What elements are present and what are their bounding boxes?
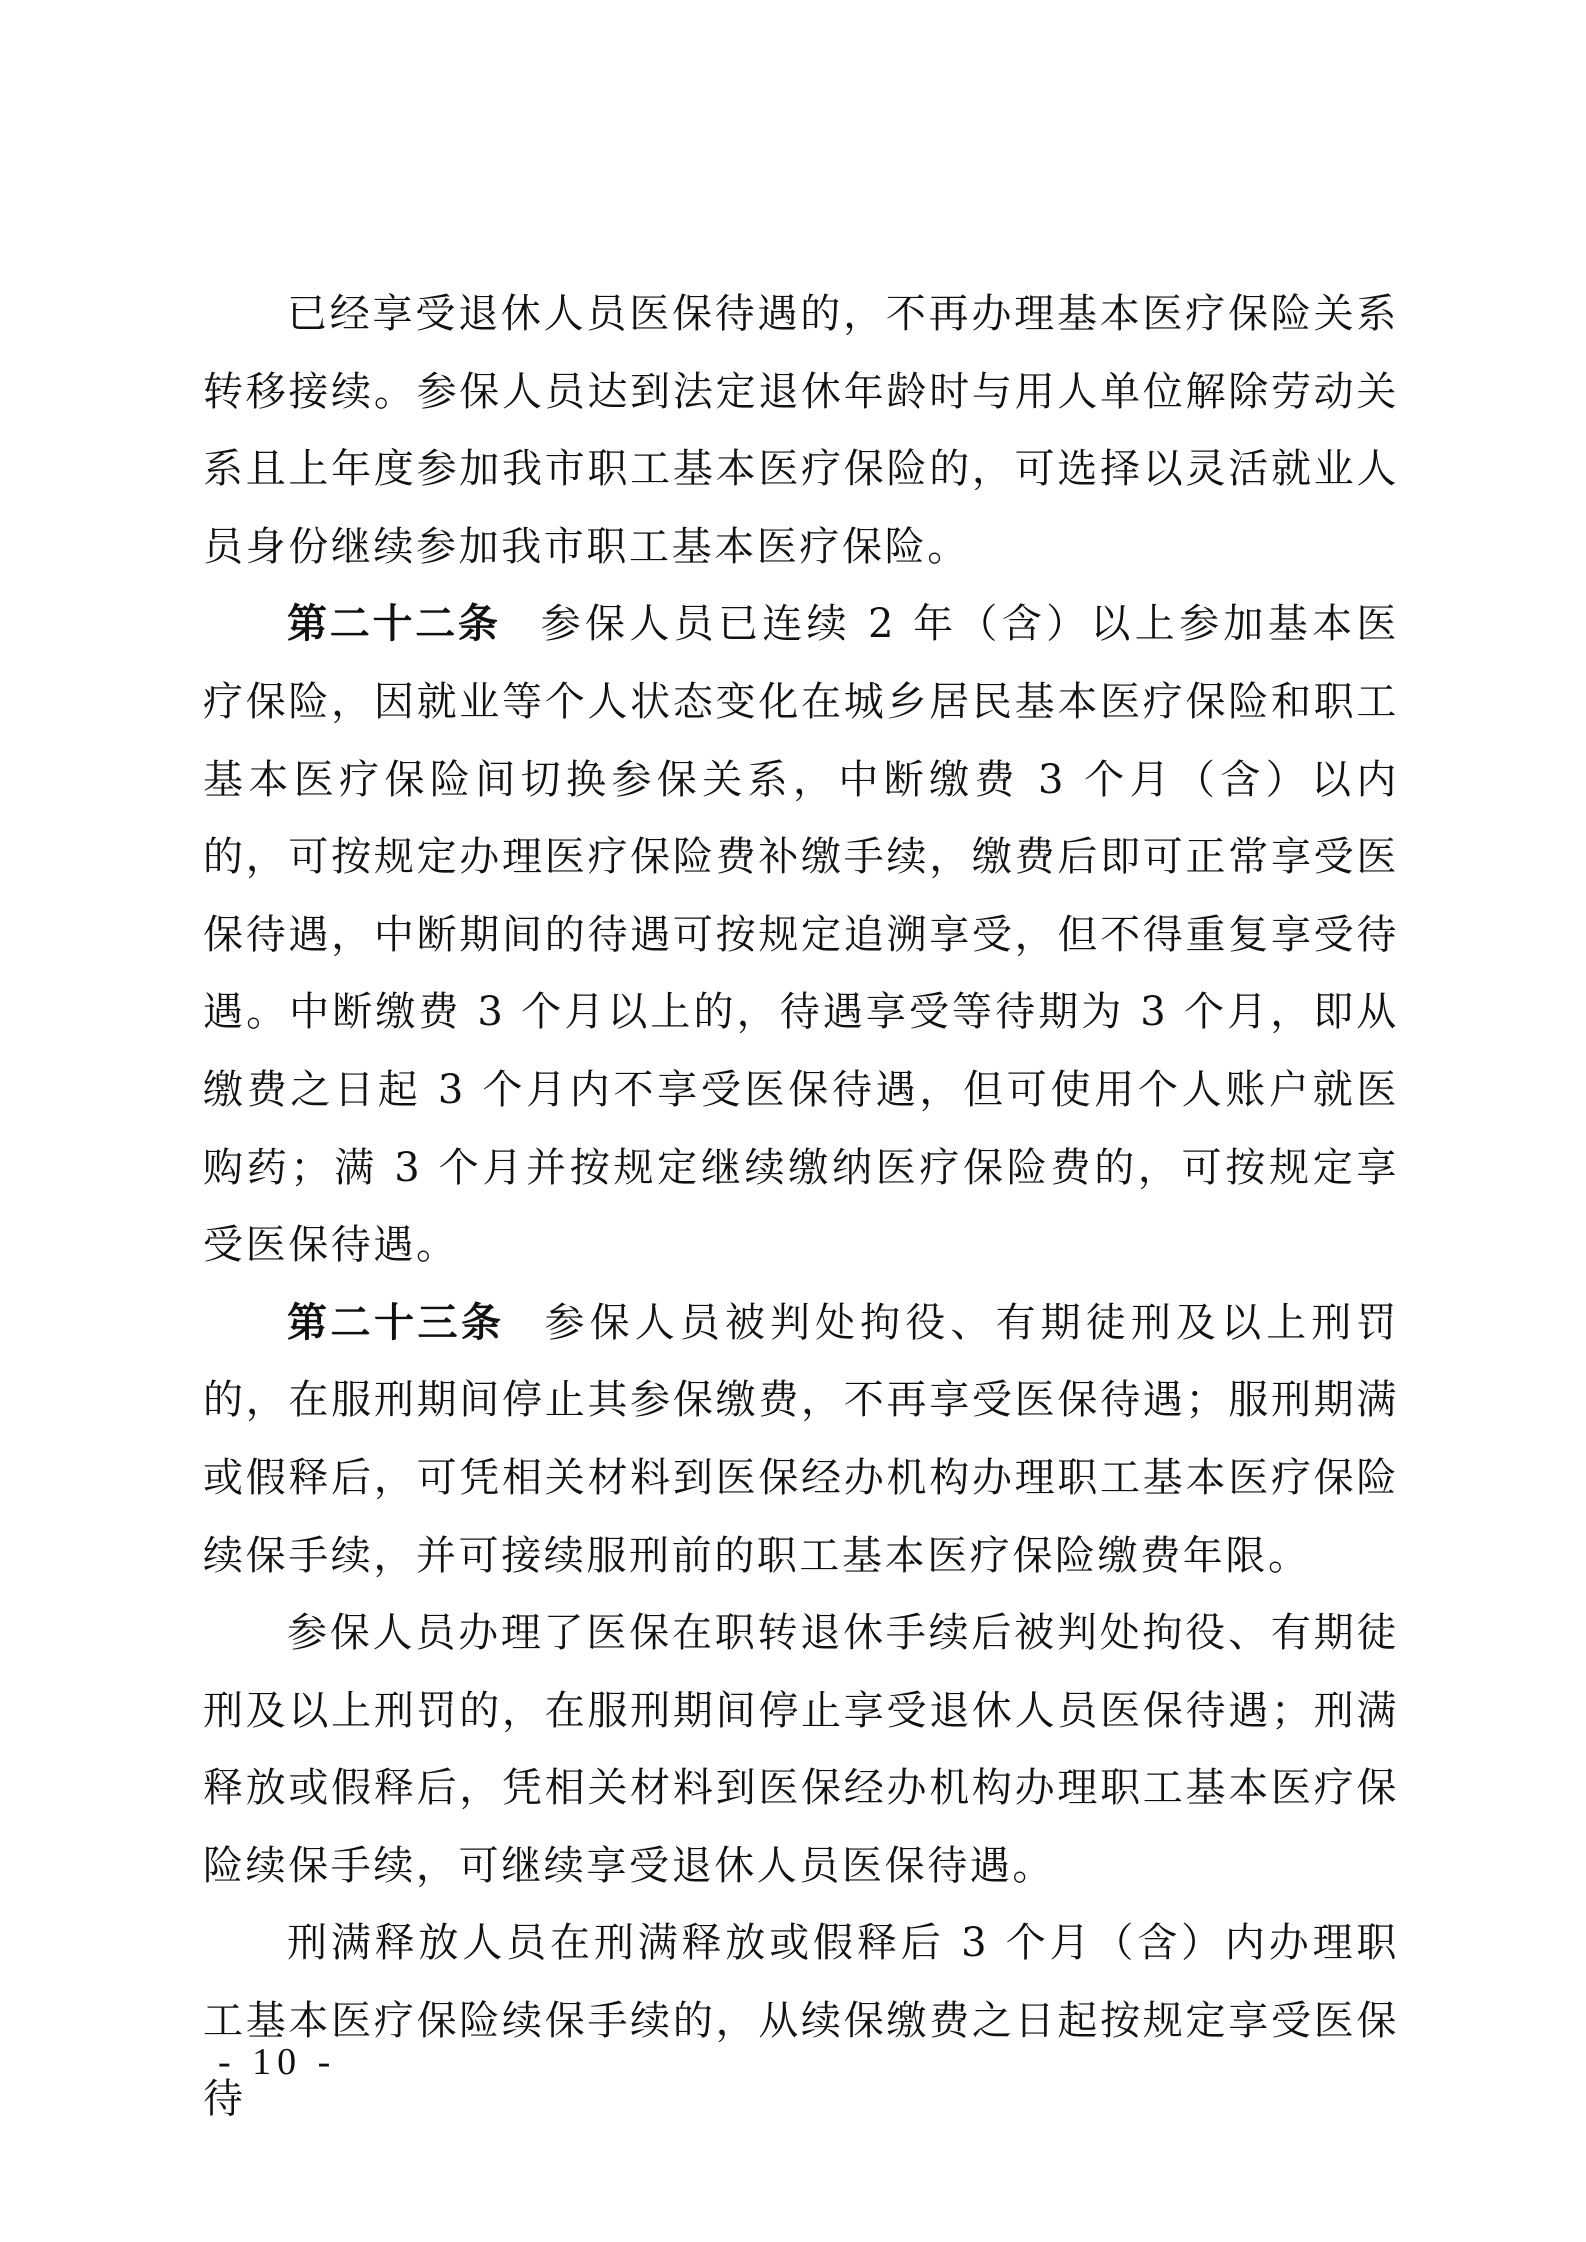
paragraph-text: 刑满释放人员在刑满释放或假释后 3 个月（含）内办理职工基本医疗保险续保手续的，… [203,1920,1399,2121]
article-22: 第二十二条参保人员已连续 2 年（含）以上参加基本医疗保险，因就业等个人状态变化… [203,586,1399,1284]
paragraph-retiree-sentenced: 参保人员办理了医保在职转退休手续后被判处拘役、有期徒刑及以上刑罚的，在服刑期间停… [203,1595,1399,1905]
document-page-body: 已经享受退休人员医保待遇的，不再办理基本医疗保险关系转移接续。参保人员达到法定退… [203,276,1399,2138]
paragraph-text: 参保人员已连续 2 年（含）以上参加基本医疗保险，因就业等个人状态变化在城乡居民… [203,601,1399,1268]
article-heading: 第二十二条 [287,601,501,647]
paragraph-retiree-transfer: 已经享受退休人员医保待遇的，不再办理基本医疗保险关系转移接续。参保人员达到法定退… [203,276,1399,586]
page-number: - 10 - [218,2040,336,2084]
article-heading: 第二十三条 [287,1300,505,1346]
paragraph-released-persons: 刑满释放人员在刑满释放或假释后 3 个月（含）内办理职工基本医疗保险续保手续的，… [203,1905,1399,2138]
paragraph-text: 已经享受退休人员医保待遇的，不再办理基本医疗保险关系转移接续。参保人员达到法定退… [203,291,1399,570]
paragraph-text: 参保人员办理了医保在职转退休手续后被判处拘役、有期徒刑及以上刑罚的，在服刑期间停… [203,1610,1399,1889]
article-23: 第二十三条参保人员被判处拘役、有期徒刑及以上刑罚的，在服刑期间停止其参保缴费，不… [203,1285,1399,1595]
